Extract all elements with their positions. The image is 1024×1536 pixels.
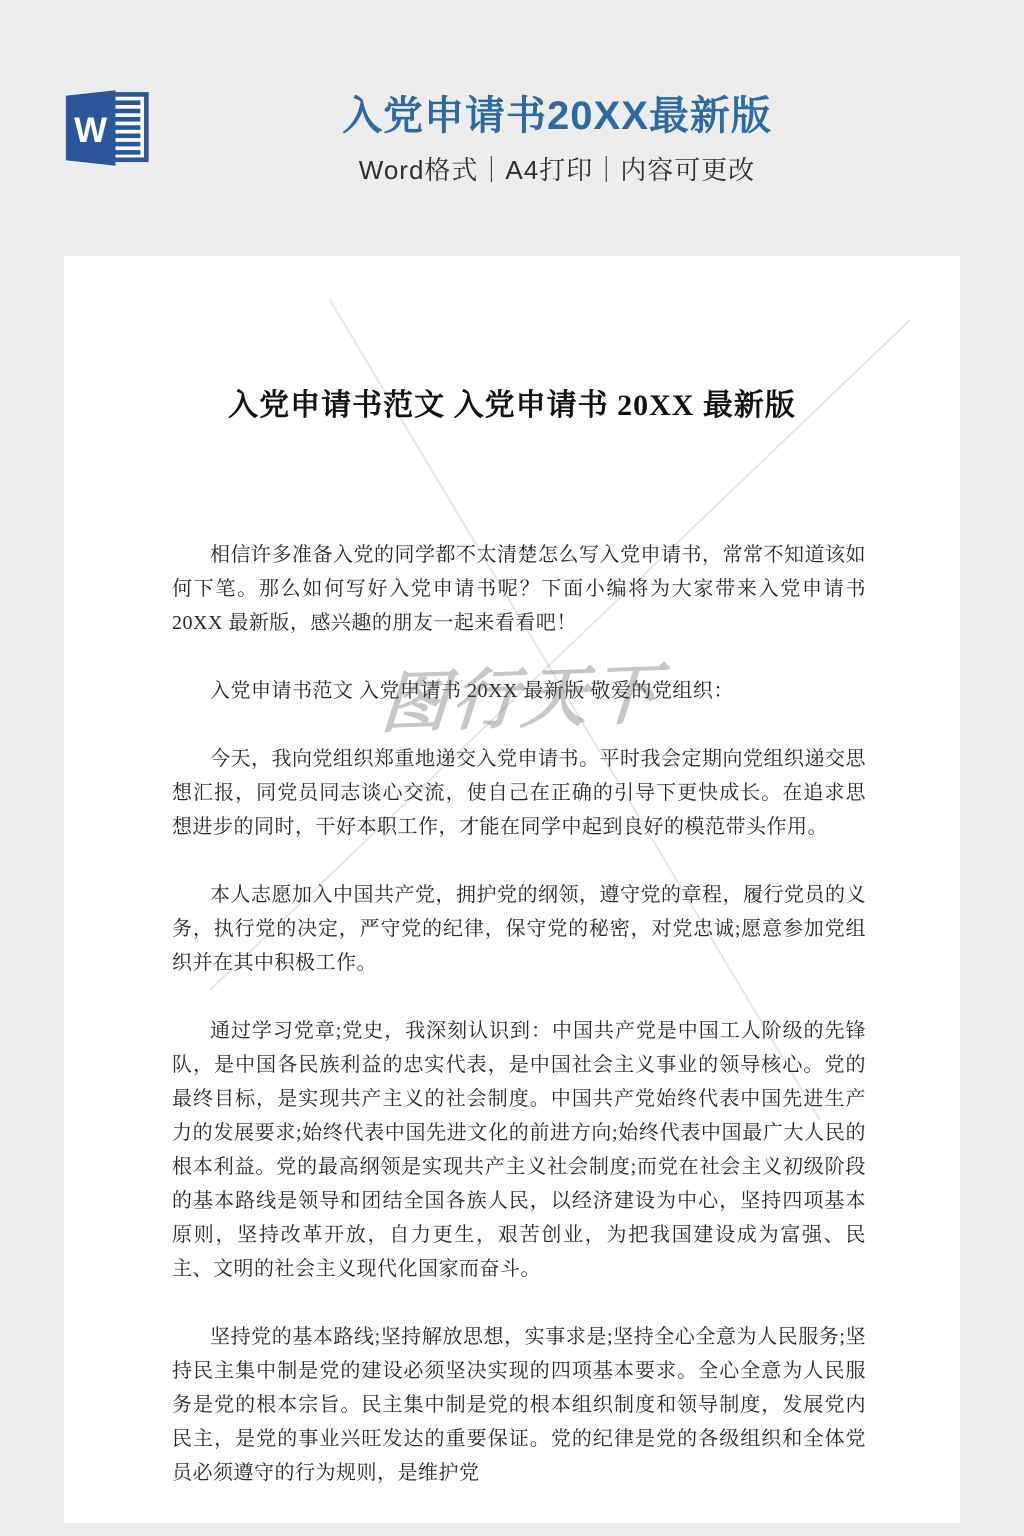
document-paragraph: 相信许多准备入党的同学都不太清楚怎么写入党申请书，常常不知道该如何下笔。那么如何…	[172, 538, 866, 640]
header-text: 入党申请书20XX最新版 Word格式｜A4打印｜内容可更改	[90, 92, 1024, 186]
header: W 入党申请书20XX最新版 Word格式｜A4打印｜内容可更改	[0, 0, 1024, 230]
page-canvas: W 入党申请书20XX最新版 Word格式｜A4打印｜内容可更改 图行天下 入党…	[0, 0, 1024, 1536]
document-paragraph: 今天，我向党组织郑重地递交入党申请书。平时我会定期向党组织递交思想汇报，同党员同…	[172, 742, 866, 844]
header-subtitle: Word格式｜A4打印｜内容可更改	[90, 154, 1024, 186]
document-sheet: 图行天下 入党申请书范文 入党申请书 20XX 最新版 相信许多准备入党的同学都…	[64, 256, 960, 1523]
document-body: 相信许多准备入党的同学都不太清楚怎么写入党申请书，常常不知道该如何下笔。那么如何…	[64, 538, 960, 1490]
header-title: 入党申请书20XX最新版	[90, 92, 1024, 140]
document-title: 入党申请书范文 入党申请书 20XX 最新版	[64, 256, 960, 426]
document-paragraph: 本人志愿加入中国共产党，拥护党的纲领，遵守党的章程，履行党员的义务，执行党的决定…	[172, 878, 866, 980]
document-paragraph: 入党申请书范文 入党申请书 20XX 最新版 敬爱的党组织：	[172, 674, 866, 708]
document-paragraph: 坚持党的基本路线;坚持解放思想，实事求是;坚持全心全意为人民服务;坚持民主集中制…	[172, 1320, 866, 1490]
document-paragraph: 通过学习党章;党史，我深刻认识到：中国共产党是中国工人阶级的先锋队，是中国各民族…	[172, 1014, 866, 1286]
